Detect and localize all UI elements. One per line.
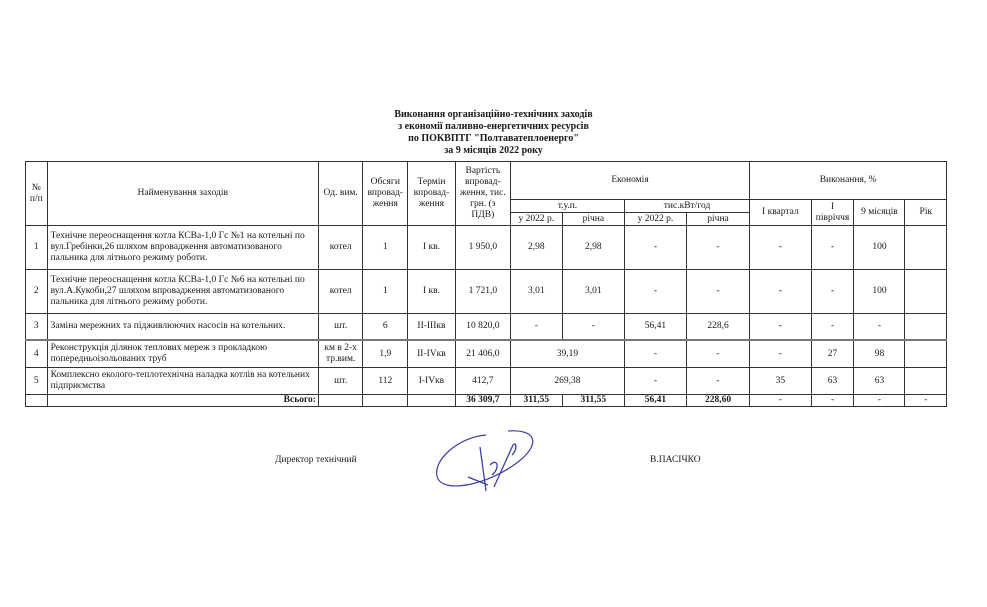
- row-h1: 63: [811, 368, 854, 395]
- measures-table: № п/п Найменування заходів Од. вим. Обся…: [25, 161, 987, 407]
- row-cost: 21 406,0: [455, 340, 510, 368]
- row-year: [905, 270, 947, 314]
- table-row: 5 Комплексно еколого-теплотехнічна налад…: [26, 368, 987, 395]
- total-num: [26, 395, 48, 407]
- row-cost: 412,7: [455, 368, 510, 395]
- row-unit: шт.: [318, 368, 362, 395]
- total-year: -: [905, 395, 947, 407]
- row-num: 4: [26, 340, 48, 368]
- row-tup-2022: 2,98: [510, 226, 562, 270]
- row-cost: 1 721,0: [455, 270, 510, 314]
- header-kwh-2022: у 2022 р.: [624, 213, 686, 226]
- total-cost: 36 309,7: [455, 395, 510, 407]
- row-kwh-annual: 228,6: [686, 314, 749, 341]
- row-name: Технічне переоснащення котла КСВа-1,0 Гс…: [47, 270, 318, 314]
- row-kwh-2022: -: [624, 340, 686, 368]
- row-kwh-annual: -: [686, 226, 749, 270]
- total-q1: -: [750, 395, 812, 407]
- total-tup-annual: 311,55: [562, 395, 624, 407]
- row-num: 3: [26, 314, 48, 341]
- total-kwh-annual: 228,60: [686, 395, 749, 407]
- header-tup: т.у.п.: [510, 200, 624, 213]
- row-tup-annual: 2,98: [562, 226, 624, 270]
- row-name: Реконструкція ділянок теплових мереж з п…: [47, 340, 318, 368]
- table-row: 1 Технічне переоснащення котла КСВа-1,0 …: [26, 226, 987, 270]
- row-m9: 63: [854, 368, 905, 395]
- row-q1: -: [750, 226, 812, 270]
- total-row: Всього: 36 309,7 311,55 311,55 56,41 228…: [26, 395, 987, 407]
- signature-name: В.ПАСІЧКО: [650, 455, 701, 465]
- document-title: Виконання організаційно-технічних заході…: [0, 109, 987, 157]
- row-num: 2: [26, 270, 48, 314]
- header-execution: Виконання, %: [750, 162, 947, 200]
- header-economy: Економія: [510, 162, 749, 200]
- total-tup-2022: 311,55: [510, 395, 562, 407]
- row-num: 5: [26, 368, 48, 395]
- row-kwh-annual: -: [686, 270, 749, 314]
- row-q1: 35: [750, 368, 812, 395]
- row-tup-annual: -: [562, 314, 624, 341]
- header-num: № п/п: [26, 162, 48, 226]
- row-year: [905, 340, 947, 368]
- row-name: Заміна мережних та підживлюючих насосів …: [47, 314, 318, 341]
- header-m9: 9 місяців: [854, 200, 905, 226]
- row-h1: -: [811, 314, 854, 341]
- row-cost: 1 950,0: [455, 226, 510, 270]
- row-term: І кв.: [408, 270, 456, 314]
- row-m9: 100: [854, 226, 905, 270]
- row-q1: -: [750, 270, 812, 314]
- header-kwh: тис.кВт/год: [624, 200, 749, 213]
- row-m9: 98: [854, 340, 905, 368]
- row-term: ІІ-ІІІкв: [408, 314, 456, 341]
- row-unit: котел: [318, 270, 362, 314]
- total-label: Всього:: [47, 395, 318, 407]
- row-cost: 10 820,0: [455, 314, 510, 341]
- header-cost: Вартість впровад-ження, тис. грн. (з ПДВ…: [455, 162, 510, 226]
- row-h1: -: [811, 270, 854, 314]
- row-unit: котел: [318, 226, 362, 270]
- header-tup-2022: у 2022 р.: [510, 213, 562, 226]
- title-line-3: по ПОКВПТГ "Полтаватеплоенерго": [0, 133, 987, 145]
- title-line-4: за 9 місяців 2022 року: [0, 145, 987, 157]
- row-m9: -: [854, 314, 905, 341]
- header-name: Найменування заходів: [47, 162, 318, 226]
- row-name: Комплексно еколого-теплотехнічна наладка…: [47, 368, 318, 395]
- row-name: Технічне переоснащення котла КСВа-1,0 Гс…: [47, 226, 318, 270]
- total-unit: [318, 395, 362, 407]
- table-row: 3 Заміна мережних та підживлюючих насосі…: [26, 314, 987, 341]
- row-year: [905, 314, 947, 341]
- total-volume: [363, 395, 408, 407]
- row-kwh-annual: -: [686, 340, 749, 368]
- header-h1: І півріччя: [811, 200, 854, 226]
- row-kwh-2022: -: [624, 270, 686, 314]
- row-tup-2022: -: [510, 314, 562, 341]
- row-kwh-annual: -: [686, 368, 749, 395]
- row-kwh-2022: -: [624, 226, 686, 270]
- row-q1: -: [750, 314, 812, 341]
- header-tup-annual: річна: [562, 213, 624, 226]
- table-row: 2 Технічне переоснащення котла КСВа-1,0 …: [26, 270, 987, 314]
- row-unit: км в 2-х тр.вим.: [318, 340, 362, 368]
- row-volume: 1: [363, 226, 408, 270]
- row-kwh-2022: 56,41: [624, 314, 686, 341]
- row-tup-merged: 269,38: [510, 368, 624, 395]
- table-row: 4 Реконструкція ділянок теплових мереж з…: [26, 340, 987, 368]
- row-unit: шт.: [318, 314, 362, 341]
- header-volume: Обсяги впровад-ження: [363, 162, 408, 226]
- header-term: Термін впровад-ження: [408, 162, 456, 226]
- title-line-1: Виконання організаційно-технічних заході…: [0, 109, 987, 121]
- row-tup-2022: 3,01: [510, 270, 562, 314]
- row-tup-annual: 3,01: [562, 270, 624, 314]
- row-volume: 1,9: [363, 340, 408, 368]
- header-year: Рік: [905, 200, 947, 226]
- row-num: 1: [26, 226, 48, 270]
- header-kwh-annual: річна: [686, 213, 749, 226]
- row-q1: -: [750, 340, 812, 368]
- row-h1: 27: [811, 340, 854, 368]
- row-tup-merged: 39,19: [510, 340, 624, 368]
- total-m9: -: [854, 395, 905, 407]
- header-unit: Од. вим.: [318, 162, 362, 226]
- row-year: [905, 368, 947, 395]
- header-q1: І квартал: [750, 200, 812, 226]
- total-h1: -: [811, 395, 854, 407]
- signature-position: Директор технічний: [275, 455, 357, 465]
- row-term: І-IVкв: [408, 368, 456, 395]
- row-volume: 6: [363, 314, 408, 341]
- row-term: І кв.: [408, 226, 456, 270]
- total-kwh-2022: 56,41: [624, 395, 686, 407]
- title-line-2: з економії паливно-енергетичних ресурсів: [0, 121, 987, 133]
- total-term: [408, 395, 456, 407]
- row-volume: 112: [363, 368, 408, 395]
- signature-icon: [428, 427, 548, 497]
- row-kwh-2022: -: [624, 368, 686, 395]
- row-m9: 100: [854, 270, 905, 314]
- row-volume: 1: [363, 270, 408, 314]
- row-year: [905, 226, 947, 270]
- row-term: ІІ-IVкв: [408, 340, 456, 368]
- row-h1: -: [811, 226, 854, 270]
